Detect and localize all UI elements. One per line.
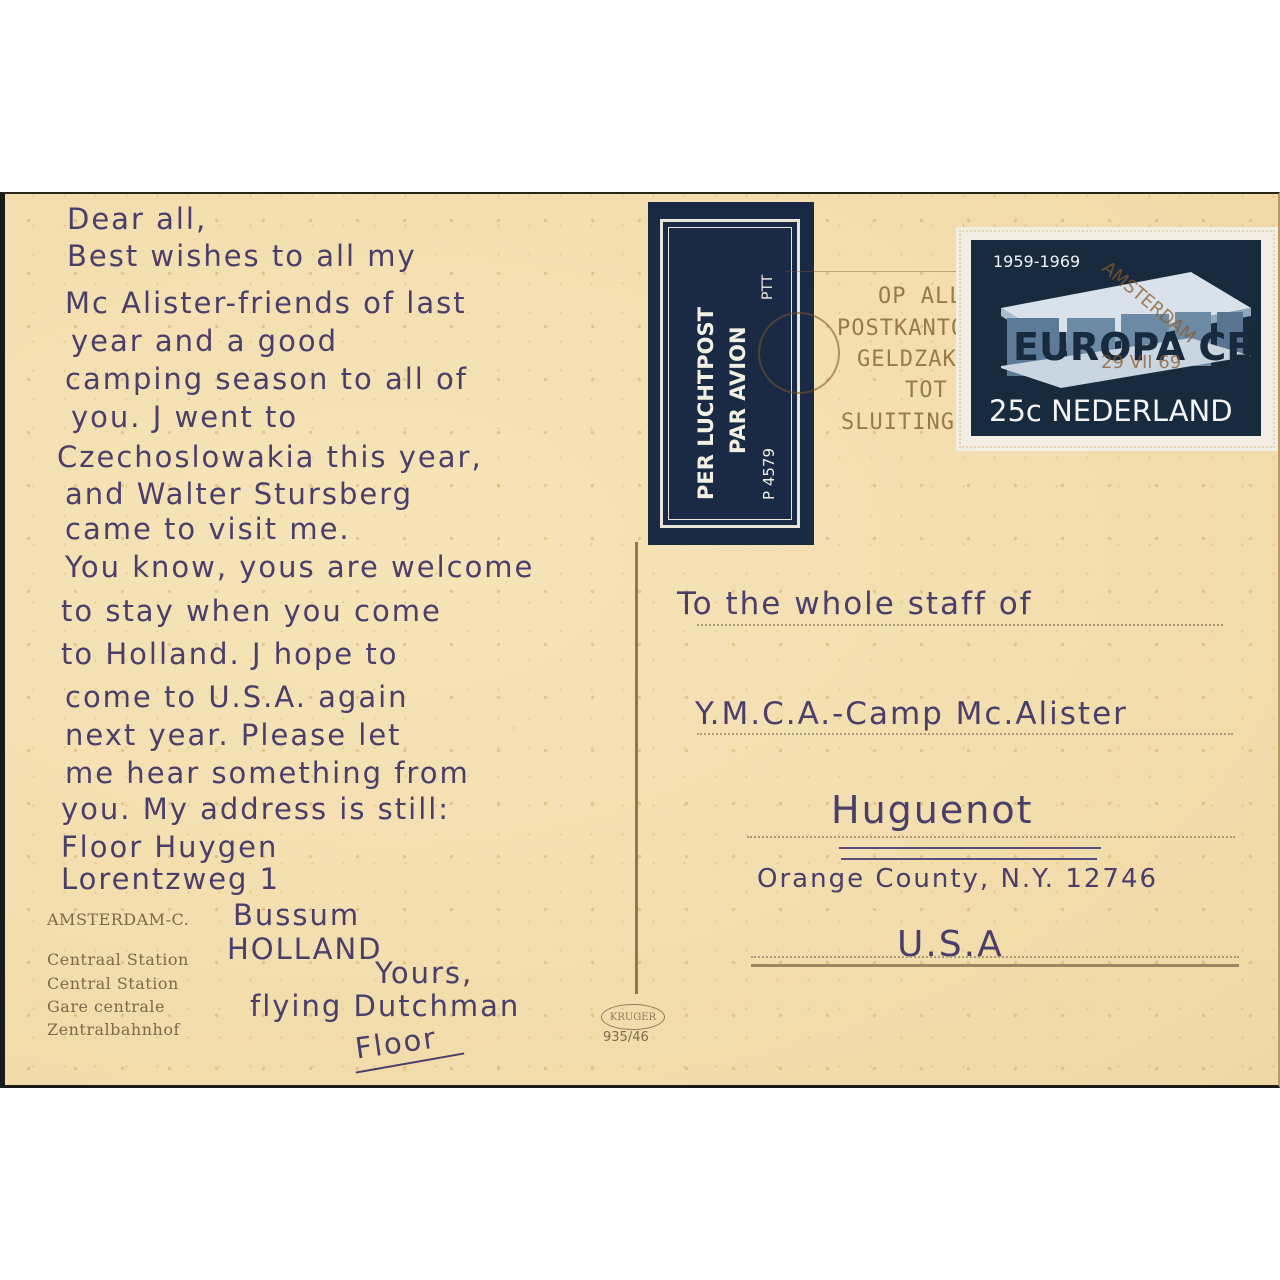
postcard-back: Dear all, Best wishes to all my Mc Alist…: [0, 192, 1280, 1088]
airmail-label-line2: PAR AVION: [726, 326, 750, 454]
airmail-label-line1: PER LUCHTPOST: [694, 307, 718, 500]
message-line: next year. Please let: [65, 718, 402, 752]
message-line: Best wishes to all my: [67, 239, 417, 273]
message-line: camping season to all of: [65, 362, 468, 396]
postmark-circle: [758, 312, 840, 394]
message-line: You know, yous are welcome: [65, 550, 534, 584]
kruger-logo: KRUGER: [601, 1004, 665, 1030]
message-line: to Holland. J hope to: [61, 637, 398, 671]
catalog-number: 935/46: [603, 1030, 649, 1045]
airmail-label-code: P 4579: [760, 448, 778, 500]
caption-line: Central Station: [47, 974, 179, 993]
address-rule: [747, 836, 1235, 838]
address-rule: [751, 956, 1239, 958]
stamp-denomination-and-country: 25c NEDERLAND: [989, 394, 1233, 428]
address-line: To the whole staff of: [677, 586, 1033, 622]
message-line: Mc Alister-friends of last: [65, 286, 467, 320]
caption-city: AMSTERDAM-C.: [47, 910, 189, 929]
address-underline: [841, 858, 1097, 860]
closing: Yours,: [375, 956, 473, 990]
message-line: me hear something from: [65, 756, 470, 790]
message-line: and Walter Stursberg: [65, 477, 413, 511]
message-line: come to U.S.A. again: [65, 680, 409, 714]
message-line: Floor Huygen: [61, 830, 278, 864]
message-line: year and a good: [71, 324, 338, 358]
address-underline: [839, 847, 1101, 849]
address-rule: [697, 624, 1223, 626]
message-line: to stay when you come: [61, 594, 442, 628]
address-line: Orange County, N.Y. 12746: [757, 864, 1158, 894]
message-line: Dear all,: [67, 202, 207, 236]
postmark-line: TOT: [905, 378, 948, 403]
message-line: HOLLAND: [227, 932, 382, 966]
cancel-date: 29 VII 69: [1101, 352, 1181, 373]
message-line: you. My address is still:: [61, 792, 450, 826]
address-line: U.S.A: [897, 924, 1004, 965]
caption-line: Centraal Station: [47, 950, 189, 969]
message-line: came to visit me.: [65, 512, 351, 546]
caption-line: Gare centrale: [47, 997, 165, 1016]
address-line: Huguenot: [831, 788, 1033, 832]
kruger-logo-text: KRUGER: [610, 1012, 656, 1023]
message-line: Lorentzweg 1: [61, 862, 280, 896]
address-rule-solid: [751, 964, 1239, 967]
message-line: Bussum: [233, 898, 360, 932]
center-divider-line: [635, 542, 638, 994]
message-line: you. J went to: [71, 400, 298, 434]
address-rule: [697, 733, 1233, 735]
nickname: flying Dutchman: [250, 989, 520, 1023]
address-line: Y.M.C.A.-Camp Mc.Alister: [695, 696, 1128, 732]
stamp-country: NEDERLAND: [1051, 394, 1233, 428]
caption-line: Zentralbahnhof: [47, 1020, 180, 1039]
message-line: Czechoslowakia this year,: [57, 440, 483, 474]
airmail-label-agency: PTT: [760, 275, 776, 300]
stamp-denomination: 25c: [989, 394, 1042, 428]
postage-stamp: 1959-1969 EUROPA CEPT 25c NEDERLAND AMST…: [959, 230, 1275, 448]
